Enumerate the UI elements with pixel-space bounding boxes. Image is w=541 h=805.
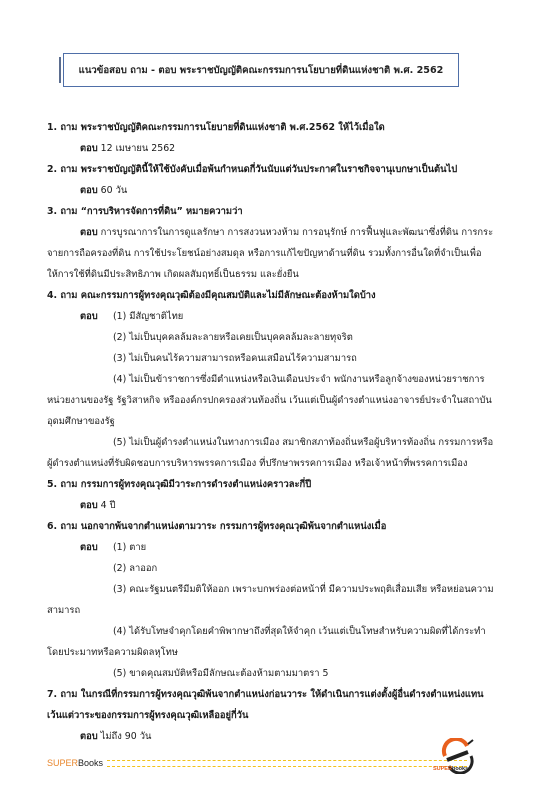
answer-6-option-5: (5) ขาดคุณสมบัติหรือมีลักษณะต้องห้ามตามม… [47, 663, 497, 684]
footer-brand-books: Books [78, 758, 103, 768]
question-3: 3. ถาม “การบริหารจัดการที่ดิน” หมายความว… [47, 201, 497, 222]
answer-2: ตอบ 60 วัน [47, 180, 497, 201]
page-title-text: แนวข้อสอบ ถาม - ตอบ พระราชบัญญัติคณะกรรม… [79, 63, 444, 78]
question-2: 2. ถาม พระราชบัญญัตินี้ให้ใช้บังคับเมื่อ… [47, 159, 497, 180]
question-6: 6. ถาม นอกจากพ้นจากตำแหน่งตามวาระ กรรมกา… [47, 516, 497, 537]
page-title: แนวข้อสอบ ถาม - ตอบ พระราชบัญญัติคณะกรรม… [63, 53, 459, 87]
answer-5: ตอบ 4 ปี [47, 495, 497, 516]
logo-wordmark: SUPERbooks [433, 766, 468, 772]
answer-6-option-1: ตอบ(1) ตาย [47, 537, 497, 558]
answer-6-option-2: (2) ลาออก [47, 558, 497, 579]
question-4: 4. ถาม คณะกรรมการผู้ทรงคุณวุฒิต้องมีคุณส… [47, 285, 497, 306]
answer-6-option-4: (4) ได้รับโทษจำคุกโดยคำพิพากษาถึงที่สุดใ… [47, 621, 497, 663]
qa-content: 1. ถาม พระราชบัญญัติคณะกรรมการนโยบายที่ด… [47, 117, 497, 747]
answer-4-option-3: (3) ไม่เป็นคนไร้ความสามารถหรือคนเสมือนไร… [47, 348, 497, 369]
question-7: 7. ถาม ในกรณีที่กรรมการผู้ทรงคุณวุฒิพ้นจ… [47, 684, 497, 726]
answer-4-option-2: (2) ไม่เป็นบุคคลล้มละลายหรือเคยเป็นบุคคล… [47, 327, 497, 348]
answer-4-option-1: ตอบ(1) มีสัญชาติไทย [47, 306, 497, 327]
answer-7: ตอบ ไม่ถึง 90 วัน [47, 726, 497, 747]
answer-6-option-3: (3) คณะรัฐมนตรีมีมติให้ออก เพราะบกพร่องต… [47, 579, 497, 621]
answer-1: ตอบ 12 เมษายน 2562 [47, 138, 497, 159]
title-accent-bar [59, 57, 61, 83]
page-footer: SUPERBooks [47, 758, 467, 768]
answer-3: ตอบ การบูรณาการในการดูแลรักษา การสงวนหวง… [47, 222, 497, 285]
footer-brand-super: SUPER [47, 758, 78, 768]
footer-dashed-rule [107, 760, 467, 767]
question-1: 1. ถาม พระราชบัญญัติคณะกรรมการนโยบายที่ด… [47, 117, 497, 138]
question-5: 5. ถาม กรรมการผู้ทรงคุณวุฒิมีวาระการดำรง… [47, 474, 497, 495]
answer-4-option-4: (4) ไม่เป็นข้าราชการซึ่งมีตำแหน่งหรือเงิ… [47, 369, 497, 432]
answer-4-option-5: (5) ไม่เป็นผู้ดำรงตำแหน่งในทางการเมือง ส… [47, 432, 497, 474]
